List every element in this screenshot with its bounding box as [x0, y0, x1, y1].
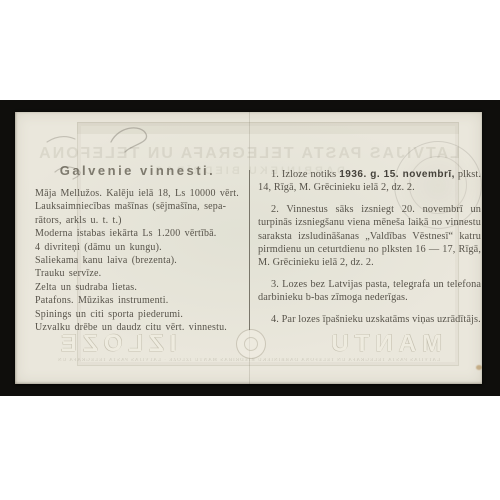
foxing-stain-spot	[476, 365, 482, 370]
pencil-marks	[15, 112, 482, 384]
ticket-back-paper: LATVIJAS PASTA TELEGRAFA UN TELEFONA DAR…	[15, 112, 482, 384]
scanner-background: LATVIJAS PASTA TELEGRAFA UN TELEFONA DAR…	[0, 100, 500, 396]
scanned-lottery-ticket-page: LATVIJAS PASTA TELEGRAFA UN TELEFONA DAR…	[0, 0, 500, 500]
